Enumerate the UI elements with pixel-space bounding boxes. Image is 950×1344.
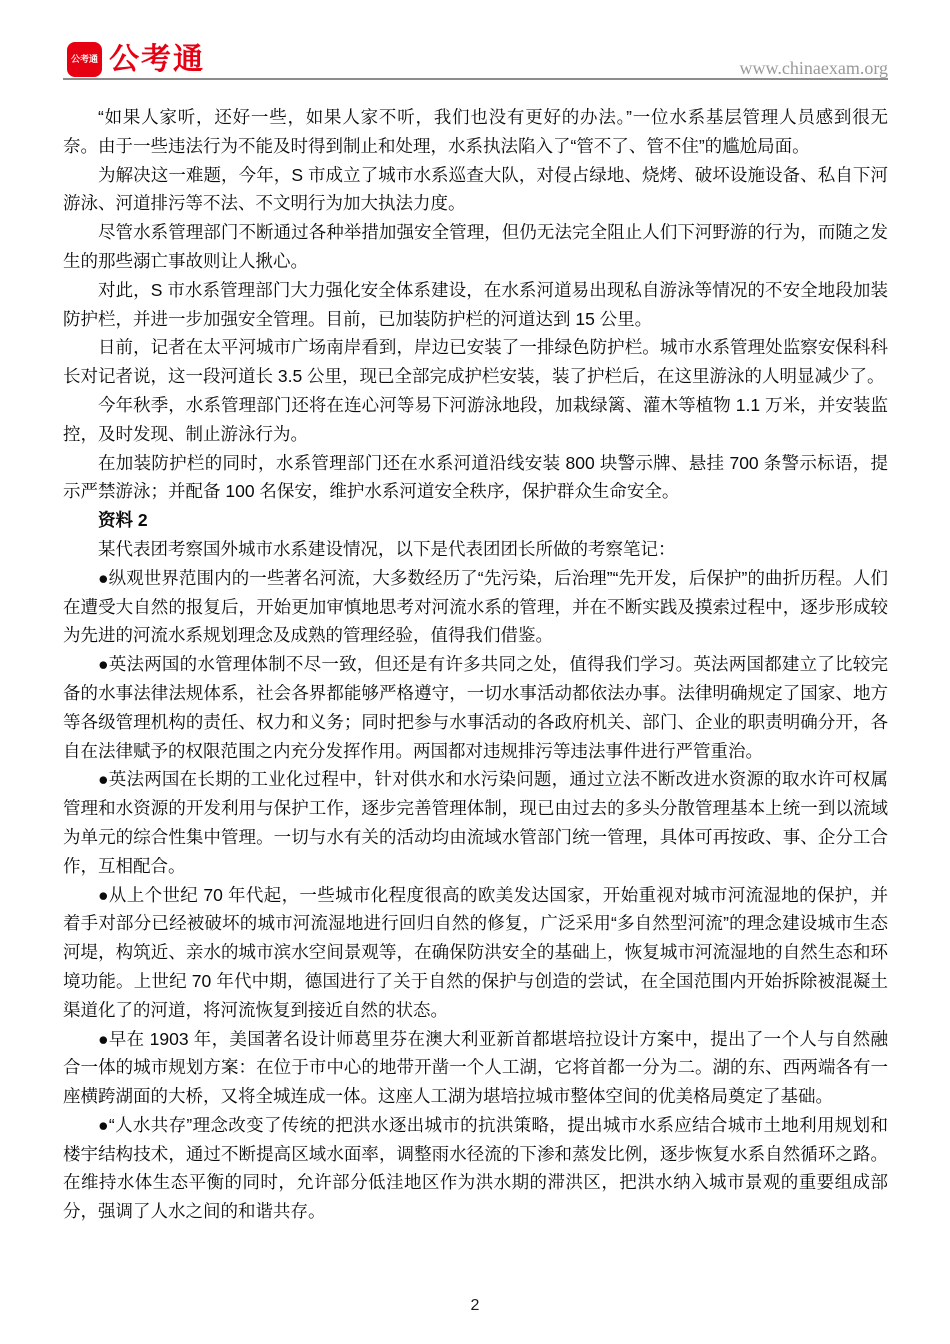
body-paragraph: 尽管水系管理部门不断通过各种举措加强安全管理，但仍无法完全阻止人们下河野游的行为… xyxy=(63,218,888,276)
site-logo: 公考通 公考通 xyxy=(67,42,205,77)
section-heading: 资料 2 xyxy=(63,506,888,535)
page-number: 2 xyxy=(471,1297,480,1314)
body-paragraph: 日前，记者在太平河城市广场南岸看到，岸边已安装了一排绿色防护栏。城市水系管理处监… xyxy=(63,333,888,391)
body-paragraph: 今年秋季，水系管理部门还将在连心河等易下河游泳地段，加栽绿篱、灌木等植物 1.1… xyxy=(63,391,888,449)
body-paragraph: “如果人家听，还好一些，如果人家不听，我们也没有更好的办法。”一位水系基层管理人… xyxy=(63,103,888,161)
site-url: www.chinaexam.org xyxy=(740,59,888,77)
document-body: “如果人家听，还好一些，如果人家不听，我们也没有更好的办法。”一位水系基层管理人… xyxy=(63,103,888,1226)
body-paragraph: 在加装防护栏的同时，水系管理部门还在水系河道沿线安装 800 块警示牌、悬挂 7… xyxy=(63,449,888,507)
body-paragraph: 对此，S 市水系管理部门大力强化安全体系建设，在水系河道易出现私自游泳等情况的不… xyxy=(63,276,888,334)
logo-text: 公考通 xyxy=(109,45,205,75)
page-header: 公考通 公考通 www.chinaexam.org xyxy=(63,38,888,80)
header-divider xyxy=(63,78,888,80)
page-footer: 2 xyxy=(0,1297,950,1315)
bullet-note: ●早在 1903 年，美国著名设计师葛里芬在澳大利亚新首都堪培拉设计方案中，提出… xyxy=(63,1025,888,1111)
bullet-note: ●从上个世纪 70 年代起，一些城市化程度很高的欧美发达国家，开始重视对城市河流… xyxy=(63,881,888,1025)
bullet-note: ●“人水共存”理念改变了传统的把洪水逐出城市的抗洪策略，提出城市水系应结合城市土… xyxy=(63,1111,888,1226)
logo-badge-icon: 公考通 xyxy=(67,42,102,77)
document-page: 公考通 公考通 www.chinaexam.org “如果人家听，还好一些，如果… xyxy=(0,0,950,1344)
body-paragraph: 某代表团考察国外城市水系建设情况，以下是代表团团长所做的考察笔记： xyxy=(63,535,888,564)
bullet-note: ●纵观世界范围内的一些著名河流，大多数经历了“先污染，后治理”“先开发，后保护”… xyxy=(63,564,888,650)
body-paragraph: 为解决这一难题，今年，S 市成立了城市水系巡查大队，对侵占绿地、烧烤、破坏设施设… xyxy=(63,161,888,219)
bullet-note: ●英法两国的水管理体制不尽一致，但还是有许多共同之处，值得我们学习。英法两国都建… xyxy=(63,650,888,765)
bullet-note: ●英法两国在长期的工业化过程中，针对供水和水污染问题，通过立法不断改进水资源的取… xyxy=(63,765,888,880)
